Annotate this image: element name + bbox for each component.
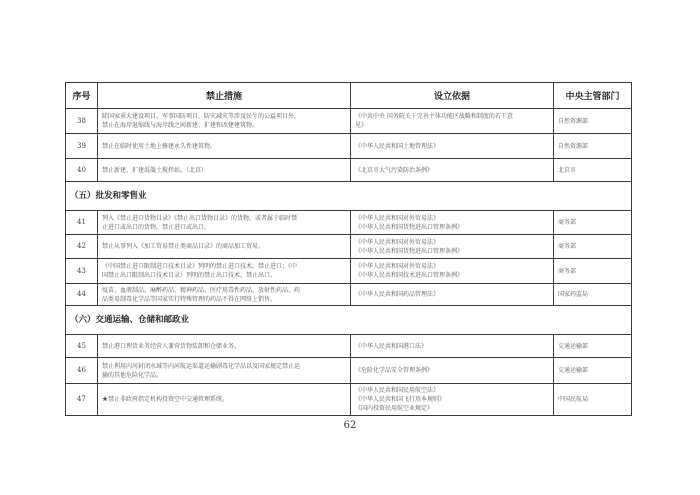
- row-basis: 《中华人民共和国对外贸易法》《中华人民共和国货物进出口管理条例》: [351, 211, 554, 235]
- row-basis: 《危险化学品安全管理条例》: [351, 358, 554, 384]
- table-row: 43 《中国禁止进口限制进口技术目录》列明的禁止进口技术，禁止进口；《中国禁止出…: [66, 259, 632, 284]
- row-measure: 除国家重大建设项目、军事国防项目、防灾减灾等涉及民生的公益项目外，禁止在海岸退缩…: [98, 109, 351, 134]
- row-measure: 禁止在临时使用土地上修建永久性建筑物。: [98, 134, 351, 159]
- row-dept: 中国民航局: [554, 384, 632, 416]
- row-number: 41: [66, 211, 98, 235]
- table-row: 39 禁止在临时使用土地上修建永久性建筑物。 《中华人民共和国土地管理法》 自然…: [66, 134, 632, 159]
- section-title: （六）交通运输、仓储和邮政业: [66, 306, 632, 335]
- page-number: 62: [0, 420, 700, 431]
- row-dept: 交通运输部: [554, 358, 632, 384]
- row-basis: 《中华人民共和国港口法》: [351, 335, 554, 358]
- row-basis: 《中华人民共和国药品管理法》: [351, 284, 554, 306]
- row-measure: 禁止从事列入《加工贸易禁止类商品目录》的商品加工贸易。: [98, 235, 351, 259]
- row-dept: 交通运输部: [554, 335, 632, 358]
- section-row-transport-storage-postal: （六）交通运输、仓储和邮政业: [66, 306, 632, 335]
- header-basis: 设立依据: [351, 83, 554, 109]
- row-basis: 《中华人民共和国民用航空法》《中华人民共和国飞行基本规则》《国内投资民用航空业规…: [351, 384, 554, 416]
- document-page: 序号 禁止措施 设立依据 中央主管部门 38 除国家重大建设项目、军事国防项目、…: [0, 0, 700, 495]
- header-dept: 中央主管部门: [554, 83, 632, 109]
- header-serial: 序号: [66, 83, 98, 109]
- table-row: 42 禁止从事列入《加工贸易禁止类商品目录》的商品加工贸易。 《中华人民共和国对…: [66, 235, 632, 259]
- row-measure: 禁止港口理货业务经营人兼营货物装卸和仓储业务。: [98, 335, 351, 358]
- row-measure: 禁止利用内河封闭水域等内河航运渠道运输剧毒化学品以及国家规定禁止运输的其他危险化…: [98, 358, 351, 384]
- table-row: 47 ★禁止非政府指定机构投资空中交通管理系统。 《中华人民共和国民用航空法》《…: [66, 384, 632, 416]
- row-basis: 《北京市大气污染防治条例》: [351, 159, 554, 182]
- row-dept: 自然资源部: [554, 134, 632, 159]
- row-dept: 商务部: [554, 235, 632, 259]
- table-header-row: 序号 禁止措施 设立依据 中央主管部门: [66, 83, 632, 109]
- row-dept: 商务部: [554, 259, 632, 284]
- row-number: 44: [66, 284, 98, 306]
- table-row: 45 禁止港口理货业务经营人兼营货物装卸和仓储业务。 《中华人民共和国港口法》 …: [66, 335, 632, 358]
- row-number: 40: [66, 159, 98, 182]
- row-basis: 《中华人民共和国对外贸易法》《中华人民共和国技术进出口管理条例》: [351, 259, 554, 284]
- row-measure: 列入《禁止进口货物目录》《禁止出口货物目录》的货物，或者属于临时禁止进口或出口的…: [98, 211, 351, 235]
- row-number: 47: [66, 384, 98, 416]
- row-basis: 《中华人民共和国对外贸易法》《中华人民共和国货物进出口管理条例》: [351, 235, 554, 259]
- header-measure: 禁止措施: [98, 83, 351, 109]
- row-measure: 《中国禁止进口限制进口技术目录》列明的禁止进口技术，禁止进口；《中国禁止出口限制…: [98, 259, 351, 284]
- row-measure: ★禁止非政府指定机构投资空中交通管理系统。: [98, 384, 351, 416]
- row-dept: 北京市: [554, 159, 632, 182]
- row-dept: 国家药监局: [554, 284, 632, 306]
- table-row: 44 疫苗、血液制品、麻醉药品、精神药品、医疗用毒性药品、放射性药品、药品类易制…: [66, 284, 632, 306]
- table-row: 40 禁止新建、扩建混凝土搅拌站。（北京） 《北京市大气污染防治条例》 北京市: [66, 159, 632, 182]
- table-row: 41 列入《禁止进口货物目录》《禁止出口货物目录》的货物，或者属于临时禁止进口或…: [66, 211, 632, 235]
- section-row-wholesale-retail: （五）批发和零售业: [66, 182, 632, 211]
- row-measure: 疫苗、血液制品、麻醉药品、精神药品、医疗用毒性药品、放射性药品、药品类易制毒化学…: [98, 284, 351, 306]
- table-row: 46 禁止利用内河封闭水域等内河航运渠道运输剧毒化学品以及国家规定禁止运输的其他…: [66, 358, 632, 384]
- prohibition-table: 序号 禁止措施 设立依据 中央主管部门 38 除国家重大建设项目、军事国防项目、…: [65, 82, 632, 416]
- row-basis: 《中华人民共和国土地管理法》: [351, 134, 554, 159]
- table-row: 38 除国家重大建设项目、军事国防项目、防灾减灾等涉及民生的公益项目外，禁止在海…: [66, 109, 632, 134]
- row-number: 46: [66, 358, 98, 384]
- row-number: 39: [66, 134, 98, 159]
- row-number: 45: [66, 335, 98, 358]
- row-number: 38: [66, 109, 98, 134]
- row-number: 43: [66, 259, 98, 284]
- row-dept: 自然资源部: [554, 109, 632, 134]
- section-title: （五）批发和零售业: [66, 182, 632, 211]
- row-measure: 禁止新建、扩建混凝土搅拌站。（北京）: [98, 159, 351, 182]
- row-number: 42: [66, 235, 98, 259]
- row-dept: 商务部: [554, 211, 632, 235]
- row-basis: 《中共中央 国务院关于完善主体功能区战略和制度的若干意见》: [351, 109, 554, 134]
